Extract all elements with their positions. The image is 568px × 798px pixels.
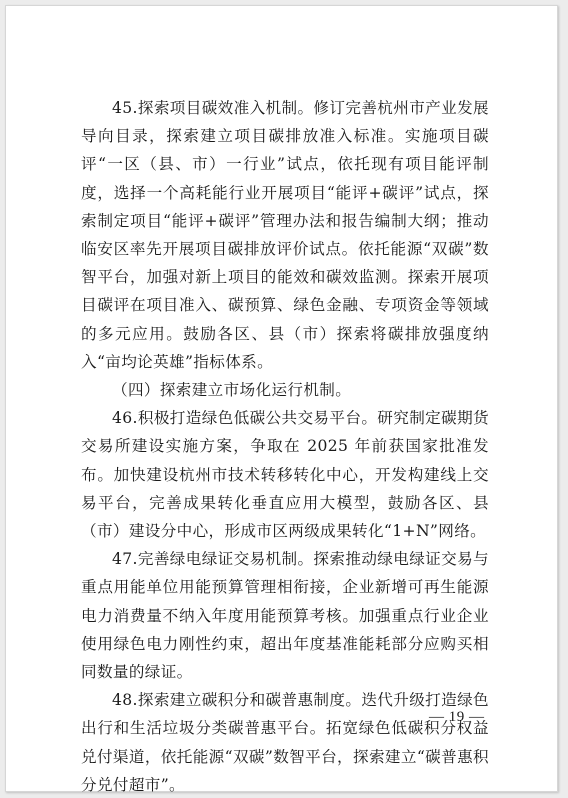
section-heading-4: （四）探索建立市场化运行机制。 (81, 376, 489, 404)
page-number: — 19 — (429, 709, 485, 726)
paragraph-item-45: 45.探索项目碳效准入机制。修订完善杭州市产业发展导向目录，探索建立项目碳排放准… (81, 94, 489, 376)
paragraph-item-47: 47.完善绿电绿证交易机制。探索推动绿电绿证交易与重点用能单位用能预算管理相衔接… (81, 545, 489, 686)
paragraph-item-48: 48.探索建立碳积分和碳普惠制度。迭代升级打造绿色出行和生活垃圾分类碳普惠平台。… (81, 686, 489, 798)
document-page: 45.探索项目碳效准入机制。修订完善杭州市产业发展导向目录，探索建立项目碳排放准… (5, 5, 558, 792)
paragraph-item-46: 46.积极打造绿色低碳公共交易平台。研究制定碳期货交易所建设实施方案，争取在 2… (81, 404, 489, 545)
document-body: 45.探索项目碳效准入机制。修订完善杭州市产业发展导向目录，探索建立项目碳排放准… (81, 94, 489, 798)
